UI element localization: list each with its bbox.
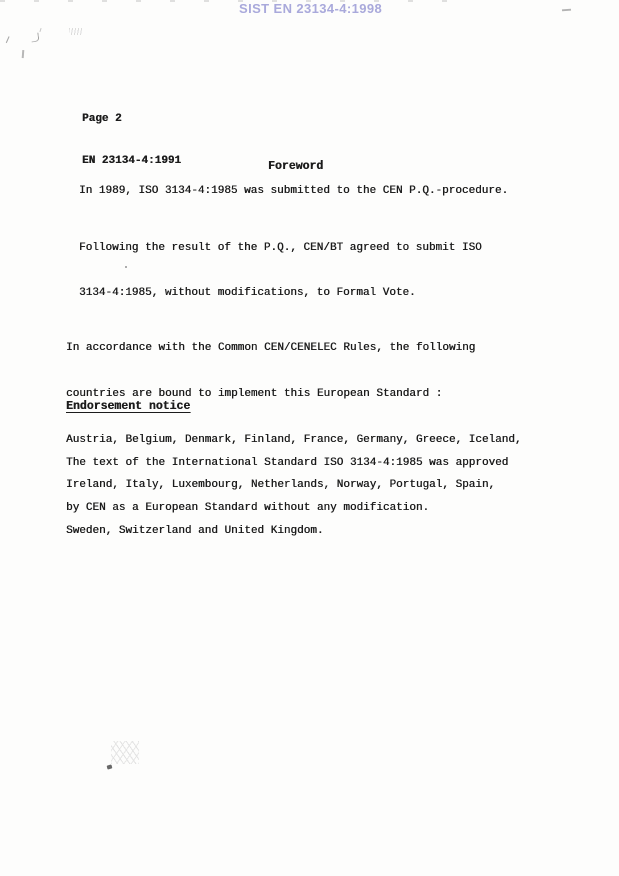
scan-speck-artifact — [22, 50, 24, 58]
scan-speck-artifact — [39, 28, 41, 32]
paragraph-line: by CEN as a European Standard without an… — [66, 501, 508, 516]
scan-speck-artifact — [69, 28, 82, 35]
foreword-heading: Foreword — [268, 159, 323, 174]
foreword-paragraph-1: In 1989, ISO 3134-4:1985 was submitted t… — [79, 184, 508, 199]
page-number-label: Page 2 — [82, 112, 181, 126]
scanned-standard-page: SIST EN 23134-4:1998 Page 2 EN 23134-4:1… — [0, 0, 619, 876]
scan-speck-artifact — [30, 32, 39, 42]
paragraph-line: Following the result of the P.Q., CEN/BT… — [79, 241, 482, 256]
standard-reference-label: EN 23134-4:1991 — [82, 154, 181, 168]
paragraph-line: In accordance with the Common CEN/CENELE… — [66, 341, 521, 356]
page-header: Page 2 EN 23134-4:1991 — [82, 84, 181, 196]
scan-edge-artifact — [0, 0, 460, 2]
paragraph-line: 3134-4:1985, without modifications, to F… — [79, 286, 482, 301]
endorsement-paragraph: The text of the International Standard I… — [66, 426, 508, 546]
watermark-standard-id: SIST EN 23134-4:1998 — [239, 1, 382, 16]
scan-speck-artifact — [562, 9, 571, 12]
scan-scribble-artifact — [111, 741, 139, 764]
endorsement-notice-heading: Endorsement notice — [66, 399, 190, 414]
scan-speck-artifact — [6, 36, 13, 44]
scan-speck-artifact — [107, 764, 113, 769]
paragraph-line: The text of the International Standard I… — [66, 456, 508, 471]
